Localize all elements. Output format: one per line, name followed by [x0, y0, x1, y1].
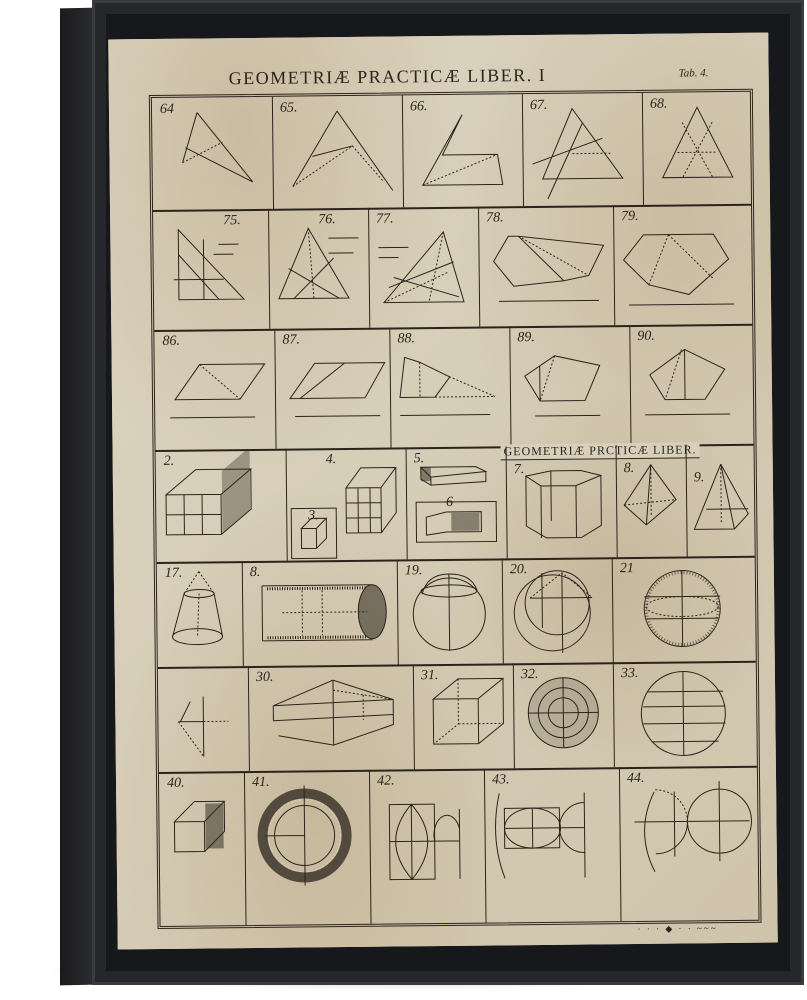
figure-cell: 76.: [268, 208, 370, 329]
figure-cell: 89.: [509, 325, 631, 446]
figure-row-6: 30. 31. 32. 33.: [158, 661, 757, 774]
sketch-diagram-icon: [158, 666, 249, 772]
figure-cell: 78.: [478, 205, 615, 326]
pyramid-icon: [686, 444, 755, 557]
figure-row-5: 17. 8. 19. 20. 21: [157, 556, 756, 669]
triangle-diagram-icon: [642, 92, 751, 205]
triangle-diagram-icon: [152, 97, 273, 210]
triangle-diagram-icon: [153, 209, 269, 330]
intersecting-circles-icon: [502, 557, 613, 663]
figure-cell: 8.: [616, 444, 688, 557]
frame-side-edge: [60, 8, 96, 986]
figure-cell: 88.: [389, 326, 511, 447]
triangle-diagram-icon: [272, 95, 403, 208]
figure-cell: 87.: [274, 328, 391, 449]
figure-row-3: 86. 87. 88. 89. 90.: [154, 324, 753, 452]
figure-cell: 86.: [154, 329, 276, 450]
cylinder-icon: [242, 559, 398, 666]
pentagon-diagram-icon: [509, 325, 630, 446]
printer-ornament: · · · ◆ · · ~~~: [638, 923, 718, 935]
figure-cell: 5. 6: [406, 446, 508, 559]
figure-cell: 67.: [522, 93, 644, 206]
polygon-diagram-icon: [613, 204, 752, 325]
pentagon-diagram-icon: [629, 324, 753, 445]
triangle-diagram-icon: [402, 94, 523, 207]
figure-cell: 66.: [402, 94, 524, 207]
cube-icon: [413, 663, 514, 769]
circle-construction-icon: [613, 661, 757, 767]
parallelogram-diagram-icon: [154, 329, 275, 450]
figure-row-2: 75. 76. 77. 78. 79.: [153, 204, 752, 332]
slab-icon: [406, 446, 507, 559]
figure-cell: 44.: [619, 766, 759, 921]
figure-row-7: 40. 41. 42. 43. 44.: [159, 766, 759, 926]
figure-cell: 75.: [153, 209, 270, 330]
ellipse-construction-icon: [484, 767, 621, 922]
hexagonal-prism-icon: [506, 445, 617, 558]
polygon-diagram-icon: [389, 326, 510, 447]
cube-grid-icon: [286, 447, 407, 560]
figure-cell: 33.: [613, 661, 757, 767]
figure-cell: 40.: [159, 771, 247, 926]
figure-cell: 20.: [502, 557, 614, 663]
plate-title: GEOMETRIÆ PRACTICÆ LIBER. I: [229, 65, 547, 89]
polygon-diagram-icon: [478, 205, 614, 326]
figure-cell: 90.: [629, 324, 753, 445]
cuboid-grid-icon: [156, 449, 287, 562]
triangle-diagram-icon: [268, 208, 369, 329]
cube-icon: [159, 771, 246, 926]
pyramid-icon: [616, 444, 687, 557]
figure-cell: 4. 3.: [286, 447, 408, 560]
figure-cell: 30.: [248, 664, 415, 771]
figure-cell: 32.: [513, 662, 615, 768]
figure-row-1: 64 65. 66. 67. 68.: [152, 92, 751, 212]
figure-cell: 79.: [613, 204, 752, 325]
figure-cell: 41.: [244, 770, 372, 925]
figure-cell: 31.: [413, 663, 515, 769]
canvas-print: GEOMETRIÆ PRACTICÆ LIBER. I Tab. 4. 64 6…: [108, 33, 777, 950]
figure-cell: 9.: [686, 444, 755, 557]
figure-row-4: GEOMETRIÆ PRCTICÆ LIBER. 2. 4. 3. 5. 6 7…: [156, 444, 755, 564]
figure-cell: 68.: [642, 92, 751, 205]
figure-cell: 2.: [156, 449, 288, 562]
figure-cell: [158, 666, 250, 772]
figure-cell: 7.: [506, 445, 618, 558]
solid-diagram-icon: [248, 664, 414, 771]
figure-cell: 17.: [157, 561, 244, 667]
sphere-icon: [397, 558, 503, 664]
plate-grid: 64 65. 66. 67. 68. 75.: [149, 89, 762, 929]
figure-number: 3.: [308, 508, 319, 524]
sphere-icon: [612, 556, 756, 662]
circles-construction-icon: [619, 766, 759, 921]
figure-cell: 21: [612, 556, 756, 662]
figure-cell: 19.: [397, 558, 504, 664]
plate-tab-label: Tab. 4.: [679, 67, 709, 79]
triangle-diagram-icon: [368, 207, 479, 328]
annulus-icon: [244, 770, 371, 925]
cone-frustum-icon: [157, 561, 243, 667]
figure-number: 6: [446, 495, 453, 511]
figure-cell: 8.: [242, 559, 399, 666]
sphere-icon: [513, 662, 614, 768]
figure-cell: 65.: [272, 95, 404, 208]
figure-cell: 42.: [369, 769, 487, 924]
figure-cell: 77.: [368, 207, 480, 328]
ellipse-construction-icon: [369, 769, 486, 924]
figure-cell: 43.: [484, 767, 622, 922]
figure-cell: 64: [152, 97, 274, 210]
triangle-diagram-icon: [522, 93, 643, 206]
parallelogram-diagram-icon: [274, 328, 390, 449]
